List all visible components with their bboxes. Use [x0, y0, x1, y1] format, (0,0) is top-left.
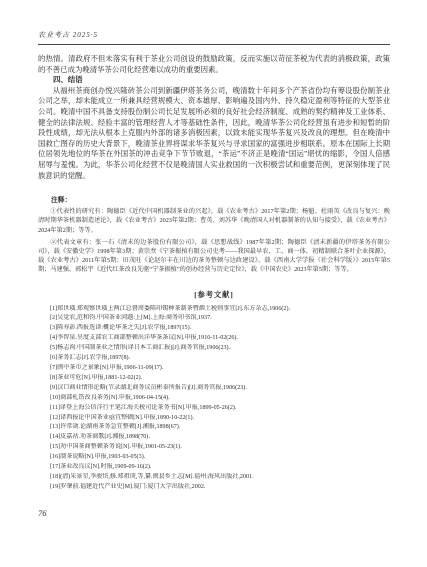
reference-item: [3]陈寿彭.西报选译:概论华茶之失[J].农学报,1897(15).	[38, 324, 390, 334]
paragraph-continuation: 的热情。清政府不但未落实有利于茶业公司创设的鼓励政策，反而实施以苛征茶税为代表的…	[38, 54, 390, 75]
notes-heading: 注释：	[38, 194, 390, 204]
reference-item: [6]茶务汇志[J].农学报,1897(8).	[38, 354, 390, 364]
reference-item: [5]杨志洵.中国制茶业之情形(译日本工商汇报)[J].商务官报,1906(23…	[38, 344, 390, 354]
references-list: [1]郑世璜.郑观察世璜上两江总督周委陈印锡种茶制茶暨烟土税则事宜[J].东方杂…	[38, 305, 390, 493]
reference-item: [17]茶业改良议[N].时报,1909-09-16(2).	[38, 463, 390, 473]
reference-item: [2]吴觉农,范和钧.中国茶业问题:上[M].上海:商务印书馆,1937.	[38, 314, 390, 324]
reference-item: [18](清)朱景星,李骏岱,修.郑祖庚,等,纂.闽县乡土志[M].福州:海风出…	[38, 473, 390, 483]
reference-item: [1]郑世璜.郑观察世璜上两江总督周委陈印锡种茶制茶暨烟土税则事宜[J].东方杂…	[38, 305, 390, 315]
reference-item: [8]茶业可危[N].申报,1881-12-02(2).	[38, 374, 390, 384]
reference-item: [9]汉口商业情形论略(节录湖北商务议员彬泰所报告)[J].商务官报,1906(…	[38, 384, 390, 394]
reference-item: [15]劝中国茶商整顿茶务说[N].申报,1901-05-23(1).	[38, 443, 390, 453]
reference-item: [16]制茶说略[N].申报,1903-03-05(3).	[38, 453, 390, 463]
reference-item: [12]译西报论中国茶业亟宜整顿[N].申报,1890-10-22(1).	[38, 414, 390, 424]
reference-item: [14]皮嘉祜.劝茶商歌[J].湘报,1898(70).	[38, 433, 390, 443]
section-heading-conclusion: 四、结语	[38, 75, 390, 86]
journal-page: 农业考古 2025·5 的热情。清政府不但未落实有利于茶业公司创设的鼓励政策，反…	[0, 0, 427, 567]
reference-item: [4]李智泉.呈度支部农工商部整顿出洋华茶条议[N].申报,1910-11-02…	[38, 334, 390, 344]
page-number: 76	[38, 508, 390, 518]
reference-item: [11]译登上海公信洋行主笔江海关税司论茶务书[N].申报,1899-05-26…	[38, 404, 390, 414]
reference-item: [10]商部札饬改良茶务[N].申报,1906-04-15(4).	[38, 394, 390, 404]
journal-header: 农业考古 2025·5	[38, 30, 390, 40]
reference-item: [7]闽中茶市之景象[N].申报,1906-11-09(17).	[38, 364, 390, 374]
conclusion-paragraph: 从福州茶商创办悦兴隆砖茶公司到新疆伊塔茶务公司，晚清数十年间多个产茶省份均有筹设…	[38, 86, 390, 181]
reference-item: [13]许常勋.论湖南茶务急宜整顿[J].湘报,1898(67).	[38, 423, 390, 433]
reference-item: [19]罗肇前.福建近代产业史[M].厦门:厦门大学出版社,2002.	[38, 483, 390, 493]
header-rule	[38, 44, 390, 45]
note-item-1: ①代表性的研究有：陶德臣《近代中国机器制茶业的兴起》，载《农业考古》2017年第…	[38, 207, 390, 235]
note-item-2: ②代表文章有：张一石《清末的边茶股份有限公司》，载《思想战线》1987年第2期；…	[38, 238, 390, 275]
references-heading: [参考文献]	[38, 290, 390, 300]
